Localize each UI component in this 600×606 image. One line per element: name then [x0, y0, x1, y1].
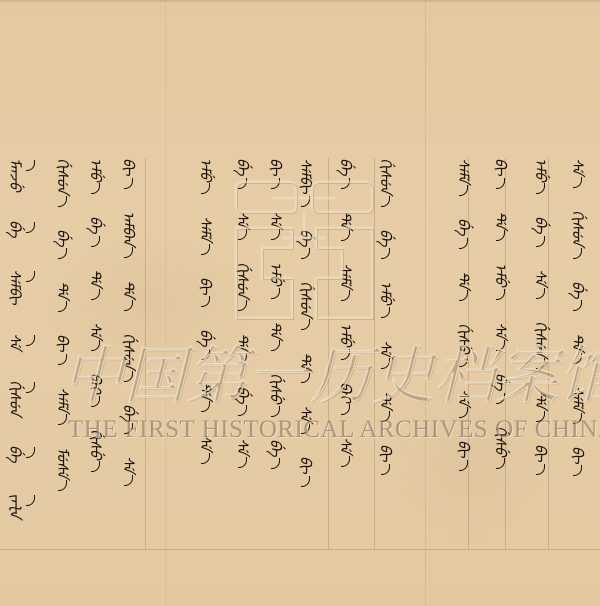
manuscript-column: ᠪᡳᠠᠮᠪᠠᠨᡩᡝᡤᡳᠰᡠᠨᠪᡝᠰᡝ [113, 158, 143, 548]
manchu-word: ᡩᡝ [378, 391, 393, 422]
manuscript-column: ᡤᡳᠰᡠᠨᠪᡝᡩᡝᠪᡳᠰᡝᠮᡝᠮᡠᠰᡝ [47, 158, 77, 548]
manuscript-column: ᠰᡝᡤᡳᠰᡠᠨᠪᡝᡩᡝᠰᡝᠮᡝᠪᡳ [562, 158, 592, 548]
manchu-word: ᡩᡝ [55, 281, 70, 312]
manchu-word: ᡤᡳᠰᡠᠨ [7, 380, 37, 422]
paper-fold-line [165, 0, 166, 606]
manchu-word: ᡩᡝ [533, 391, 548, 422]
manchu-word: ᠪᡝ [456, 218, 471, 249]
manchu-word: ᠰᡝ [338, 437, 353, 467]
manchu-word: ᠰᡝᠮᡝ [55, 387, 70, 425]
manuscript-column: ᠰᡝᠮᡝᠪᡝᡩᡝᡤᡳᠰᡠᠰᡝᠪᡳ [448, 158, 478, 548]
manchu-word: ᠪᡳ [456, 440, 471, 471]
manchu-word: ᠪᡝ [88, 216, 103, 247]
manchu-word: ᡝᠮᡠ [198, 158, 213, 194]
manchu-word: ᠪᡝ [198, 329, 213, 360]
manchu-word: ᠪᡝ [121, 404, 136, 435]
manchu-word: ᠪᡳ [298, 456, 313, 487]
manchu-word: ᠪᡝ [493, 373, 508, 404]
paper-fold-line [425, 0, 426, 606]
manchu-word: ᠪᡝ [570, 281, 585, 312]
manchu-word: ᠰᡝ [378, 340, 393, 370]
manchu-word: ᡩᡝ [88, 269, 103, 300]
manchu-word: ᠰᡝᠮᡝ [456, 158, 471, 196]
manchu-word: ᡩᡝ [456, 271, 471, 302]
manchu-word: ᠪᡝ [235, 386, 250, 417]
manchu-word: ᡤᡳᠰᡠ [493, 426, 508, 469]
manchu-word: ᡩᡝ [268, 321, 283, 352]
manuscript-column: ᠮᠠᠨᠵᡠᠪᡝᠰᡝᠮᠪᡳᠰᡝᡤᡳᠰᡠᠨᠪᡝᠵᠠᡶᠠ [7, 158, 37, 548]
manchu-word: ᡤᡳᠰᡠ [456, 323, 471, 366]
manchu-word: ᠰᡝ [88, 322, 103, 352]
manchu-word: ᠰᡝ [533, 269, 548, 299]
manchu-word: ᡝᠮᡠ [338, 323, 353, 359]
ruled-baseline [0, 549, 600, 550]
manuscript-column: ᠪᡳᡩᡝᡝᠮᡠᠰᡝᠪᡝᡤᡳᠰᡠ [485, 158, 515, 548]
manchu-word: ᠪᠠᡳ [88, 373, 103, 406]
manchu-word: ᠪᡝ [7, 220, 37, 246]
manchu-word: ᠪᡝ [55, 229, 70, 260]
paper-top-edge [0, 0, 600, 2]
manchu-word: ᠵᠠᡶᠠ [7, 493, 37, 526]
manchu-word: ᡤᡳᠰᡠᠨ [378, 158, 393, 207]
manchu-word: ᠰᡝ [121, 456, 136, 486]
manuscript-column: ᡝᠮᡠᠪᡝᠰᡝᡤᡳᠰᡠᠨᡩᡝᠪᡳ [525, 158, 555, 548]
manchu-word: ᠪᡳ [570, 446, 585, 477]
manchu-word: ᠰᡝ [235, 438, 250, 468]
manchu-word: ᠰᡝᠮᠪᡳ [7, 269, 37, 311]
manuscript-column: ᡝᠮᡠᠰᡝᠮᡝᠪᡳᠪᡝᡩᡝᠰᡝ [190, 158, 220, 548]
manchu-word: ᡤᡳᠰᡠ [268, 373, 283, 416]
manchu-word: ᡤᡳᠰᡠᠨ [121, 333, 136, 382]
manchu-word: ᡝᠮᡠ [533, 158, 548, 194]
manchu-word: ᠪᡳ [121, 158, 136, 189]
manchu-word: ᠪᠠᡳ [338, 382, 353, 415]
manchu-word: ᠰᡝᠮᡝ [570, 386, 585, 424]
manchu-word: ᡝᠮᡠ [88, 158, 103, 194]
manchu-word: ᠰᡝ [298, 405, 313, 435]
manchu-word: ᠪᡳ [493, 158, 508, 189]
manchu-word: ᡩᡝ [198, 382, 213, 413]
manchu-word: ᡤᡳᠰᡠᠨ [570, 210, 585, 259]
manchu-word: ᡝᠮᡠ [378, 281, 393, 317]
archive-seal-logo-icon [232, 178, 376, 322]
manchu-word: ᠪᡝ [268, 439, 283, 470]
manchu-word: ᠪᡝ [378, 229, 393, 260]
manchu-word: ᠪᡳ [55, 334, 70, 365]
manchu-word: ᠰᡝ [570, 158, 585, 188]
manchu-word: ᡤᡳᠰᡠ [88, 429, 103, 472]
manchu-word: ᠰᡝ [456, 389, 471, 419]
manchu-word: ᠰᡝ [7, 333, 37, 359]
manchu-word: ᠰᡝ [493, 322, 508, 352]
manchu-word: ᠪᡳ [198, 277, 213, 308]
manchu-word: ᡤᡳᠰᡠᠨ [55, 158, 70, 207]
manchu-word: ᡩᡝ [493, 211, 508, 242]
ruled-line [145, 158, 146, 550]
manchu-word: ᡩᡝ [570, 333, 585, 364]
manchu-word: ᠮᠠᠨᠵᡠ [7, 158, 37, 198]
manchu-word: ᡩᡝ [121, 280, 136, 311]
manchu-word: ᡩᡝ [298, 352, 313, 383]
manchu-word: ᠪᡳ [378, 444, 393, 475]
manchu-word: ᡩᡝ [235, 333, 250, 364]
manchu-word: ᠪᡝ [7, 445, 37, 471]
manchu-word: ᡤᡳᠰᡠᠨ [533, 321, 548, 370]
manchu-word: ᠰᡝ [198, 434, 213, 464]
manuscript-column: ᡝᠮᡠᠪᡝᡩᡝᠰᡝᠪᠠᡳᡤᡳᠰᡠ [80, 158, 110, 548]
manchu-word: ᠪᡳ [533, 444, 548, 475]
manchu-word: ᠮᡠᠰᡝ [55, 447, 70, 491]
manchu-word: ᠪᡝ [533, 216, 548, 247]
manchu-word: ᡝᠮᡠ [493, 263, 508, 299]
manchu-word: ᠰᡝᠮᡝ [198, 216, 213, 254]
manchu-word: ᠠᠮᠪᠠᠨ [121, 211, 136, 259]
